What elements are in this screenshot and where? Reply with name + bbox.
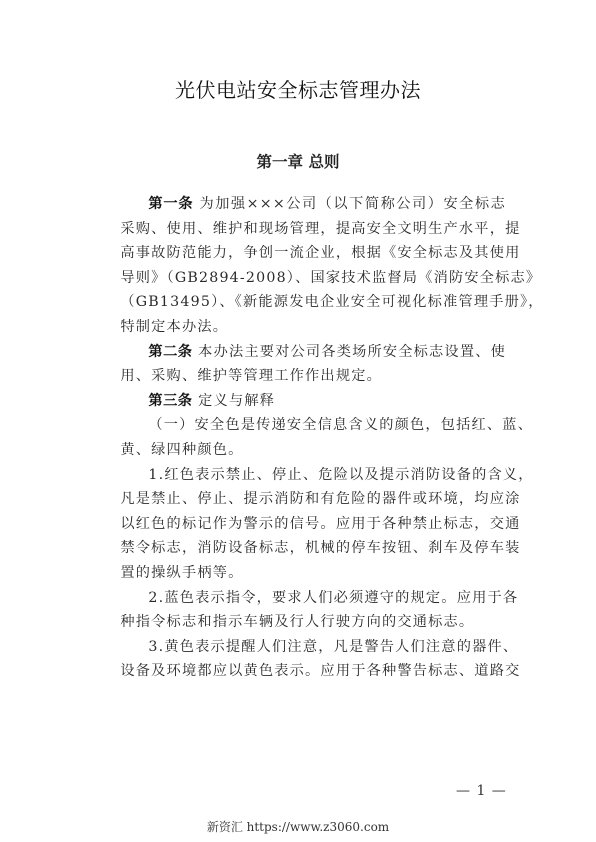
text-line: 用、采购、维护等管理工作作出规定。	[92, 364, 506, 389]
text-line: 置的操纵手柄等。	[92, 561, 506, 586]
chapter-heading: 第一章 总则	[0, 150, 596, 172]
document-title: 光伏电站安全标志管理办法	[0, 74, 596, 103]
article-2: 第二条 本办法主要对公司各类场所安全标志设置、使 用、采购、维护等管理工作作出规…	[92, 340, 506, 389]
text-line: （一）安全色是传递安全信息含义的颜色，包括红、蓝、	[92, 413, 506, 438]
text-line: 第三条 定义与解释	[92, 389, 506, 414]
text-line: 导则》（GB2894-2008）、国家技术监督局《消防安全标志》	[92, 266, 506, 291]
yellow-paragraph: 3.黄色表示提醒人们注意，凡是警告人们注意的器件、 设备及环境都应以黄色表示。应…	[92, 635, 506, 684]
blue-paragraph: 2.蓝色表示指令，要求人们必须遵守的规定。应用于各 种指令标志和指示车辆及行人行…	[92, 586, 506, 635]
text-line: 禁令标志，消防设备标志，机械的停车按钮、刹车及停车装	[92, 536, 506, 561]
page-number: — 1 —	[456, 783, 507, 799]
text-line: 2.蓝色表示指令，要求人们必须遵守的规定。应用于各	[92, 586, 506, 611]
article-label: 第三条	[148, 393, 192, 409]
text-line: 第二条 本办法主要对公司各类场所安全标志设置、使	[92, 340, 506, 365]
text-line: 1.红色表示禁止、停止、危险以及提示消防设备的含义，	[92, 463, 506, 488]
text-line: 第一条 为加强×××公司（以下简称公司）安全标志	[92, 192, 506, 217]
red-paragraph: 1.红色表示禁止、停止、危险以及提示消防设备的含义， 凡是禁止、停止、提示消防和…	[92, 463, 506, 586]
text-line: 3.黄色表示提醒人们注意，凡是警告人们注意的器件、	[92, 635, 506, 660]
text-line: 采购、使用、维护和现场管理，提高安全文明生产水平，提	[92, 217, 506, 242]
article-label: 第一条	[148, 196, 193, 212]
definition-paragraph: （一）安全色是传递安全信息含义的颜色，包括红、蓝、 黄、绿四种颜色。	[92, 413, 506, 462]
text-line: 特制定本办法。	[92, 315, 506, 340]
article-3: 第三条 定义与解释	[92, 389, 506, 414]
article-1: 第一条 为加强×××公司（以下简称公司）安全标志 采购、使用、维护和现场管理，提…	[92, 192, 506, 340]
text-line: 高事故防范能力，争创一流企业，根据《安全标志及其使用	[92, 241, 506, 266]
text-line: （GB13495）、《新能源发电企业安全可视化标准管理手册》，	[92, 290, 506, 315]
text-line: 以红色的标记作为警示的信号。应用于各种禁止标志，交通	[92, 512, 506, 537]
article-label: 第二条	[148, 344, 192, 360]
watermark: 新资汇 https://www.z3060.com	[0, 818, 596, 835]
text-line: 凡是禁止、停止、提示消防和有危险的器件或环境，均应涂	[92, 487, 506, 512]
document-page: 光伏电站安全标志管理办法 第一章 总则 第一条 为加强×××公司（以下简称公司）…	[0, 0, 596, 842]
text-line: 种指令标志和指示车辆及行人行驶方向的交通标志。	[92, 610, 506, 635]
text-line: 设备及环境都应以黄色表示。应用于各种警告标志、道路交	[92, 659, 506, 684]
document-body: 第一条 为加强×××公司（以下简称公司）安全标志 采购、使用、维护和现场管理，提…	[92, 192, 506, 684]
text-line: 黄、绿四种颜色。	[92, 438, 506, 463]
